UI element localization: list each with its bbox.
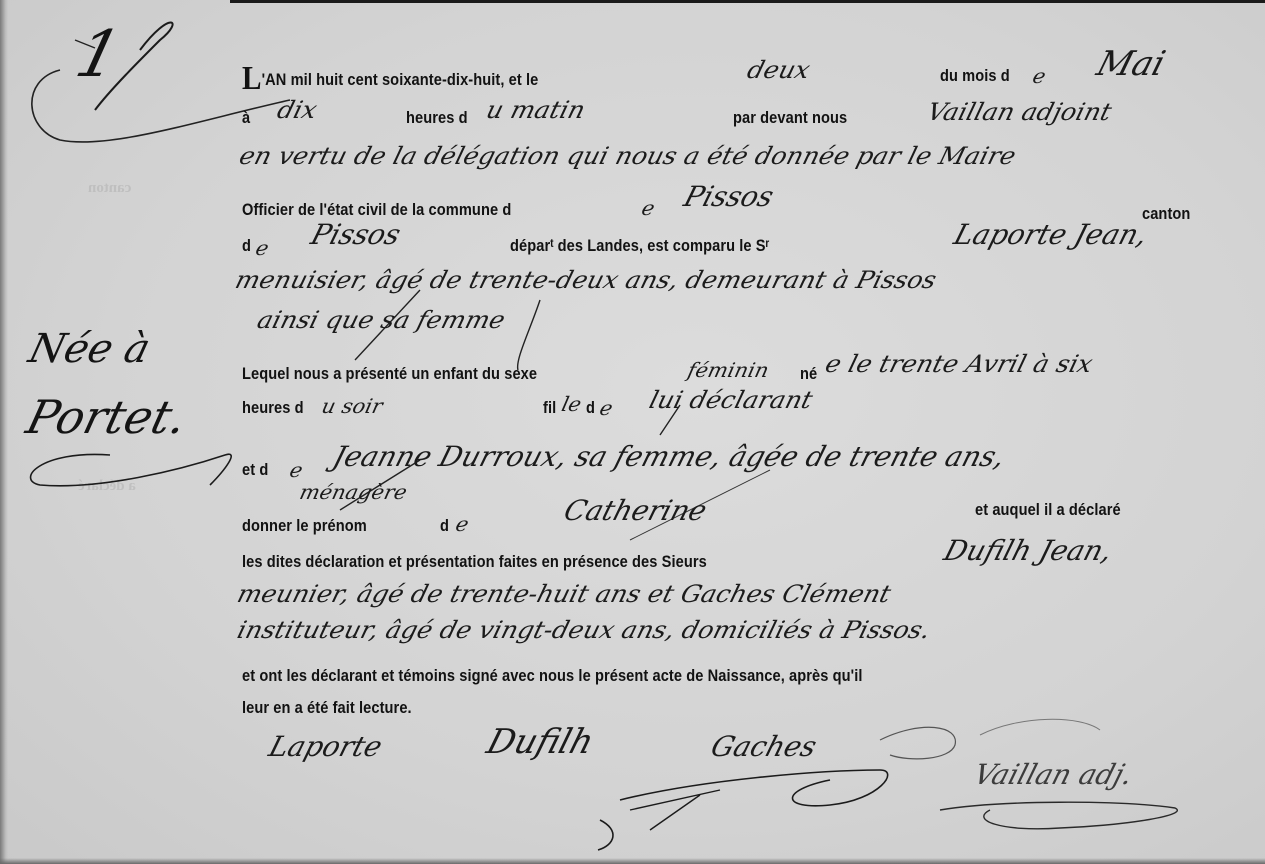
hand-declarant-name: Laporte Jean, — [950, 218, 1151, 251]
hand-and-of-suffix: e — [287, 458, 305, 482]
printed-witnesses: les dites déclaration et présentation fa… — [242, 552, 707, 572]
printed-declared: et auquel il a déclaré — [975, 500, 1121, 520]
printed-signed: et ont les déclarant et témoins signé av… — [242, 666, 863, 686]
printed-officer: Officier de l'état civil de la commune d — [242, 200, 511, 220]
signature-laporte: Laporte — [265, 730, 386, 763]
printed-month-label: du mois d — [940, 66, 1010, 86]
printed-year-line: L'AN mil huit cent soixante-dix-huit, et… — [242, 62, 538, 96]
hand-month-suffix: e — [1030, 64, 1048, 88]
printed-and-of: et d — [242, 460, 268, 480]
printed-hours: heures d — [406, 108, 468, 128]
hand-witness-2-detail: instituteur, âgé de vingt-deux ans, domi… — [234, 616, 933, 644]
printed-year: 'AN mil huit cent soixante-dix-huit, et … — [262, 70, 539, 89]
signature-gaches: Gaches — [707, 730, 820, 763]
hand-commune-suffix: e — [639, 196, 657, 220]
hand-mother: Jeanne Durroux, sa femme, âgée de trente… — [329, 440, 1009, 473]
hand-sex: féminin — [685, 358, 771, 382]
margin-birthplace: Portet. — [21, 390, 192, 444]
hand-delegation: en vertu de la délégation qui nous a été… — [236, 142, 1019, 170]
page-left-shadow — [0, 0, 8, 864]
hand-month: Mai — [1092, 44, 1169, 84]
ink-flourishes — [0, 0, 1265, 864]
hand-de-suffix: e — [597, 396, 615, 420]
hand-commune: Pissos — [680, 180, 777, 213]
printed-department: déparᵗ des Landes, est comparu le Sʳ — [510, 236, 769, 256]
printed-hours-2: heures d — [242, 398, 304, 418]
hand-period: u matin — [483, 96, 588, 124]
page-bottom-shadow — [0, 858, 1265, 864]
hand-officer-name: Vaillan adjoint — [924, 98, 1114, 126]
printed-d: d — [242, 236, 251, 256]
hand-first-name: Catherine — [560, 494, 710, 527]
hand-witness-1-detail: meunier, âgé de trente-huit ans et Gache… — [234, 580, 894, 608]
drop-cap: L — [242, 60, 262, 97]
hand-day: deux — [744, 56, 813, 84]
record-number: 1 — [69, 18, 128, 92]
printed-read: leur en a été fait lecture. — [242, 698, 412, 718]
printed-before-us: par devant nous — [733, 108, 847, 128]
hand-also-wife: ainsi que sa femme — [254, 306, 508, 334]
printed-a: à — [242, 108, 250, 128]
birth-record-page: canton a déclaré 1 Née à Portet. L'AN mi… — [0, 0, 1265, 864]
margin-born-at: Née à — [24, 326, 154, 372]
hand-hour: dix — [274, 96, 320, 124]
page-top-border — [230, 0, 1265, 3]
signature-dufilh: Dufilh — [482, 722, 598, 762]
printed-give-name: donner le prénom — [242, 516, 367, 536]
hand-birth-date: e le trente Avril à six — [822, 350, 1095, 378]
hand-declarant-occupation: menuisier, âgé de trente-deux ans, demeu… — [232, 266, 939, 294]
hand-mother-occupation: ménagère — [297, 480, 409, 504]
hand-witness-1: Dufilh Jean, — [940, 534, 1116, 567]
printed-presented: Lequel nous a présenté un enfant du sexe — [242, 364, 537, 384]
bleedthrough-text: a déclaré — [78, 478, 136, 495]
printed-fil: fil — [543, 398, 556, 418]
hand-canton-suffix: e — [253, 236, 271, 260]
hand-give-suffix: e — [453, 512, 471, 536]
printed-give-de: d — [440, 516, 449, 536]
hand-father: lui déclarant — [646, 386, 815, 414]
hand-canton: Pissos — [307, 218, 404, 251]
printed-de: d — [586, 398, 595, 418]
signature-officer: Vaillan adj. — [970, 758, 1137, 791]
hand-fil-suffix: le — [559, 392, 584, 416]
bleedthrough-text: canton — [88, 180, 131, 197]
hand-evening: u soir — [319, 394, 385, 418]
printed-born: né — [800, 364, 817, 384]
